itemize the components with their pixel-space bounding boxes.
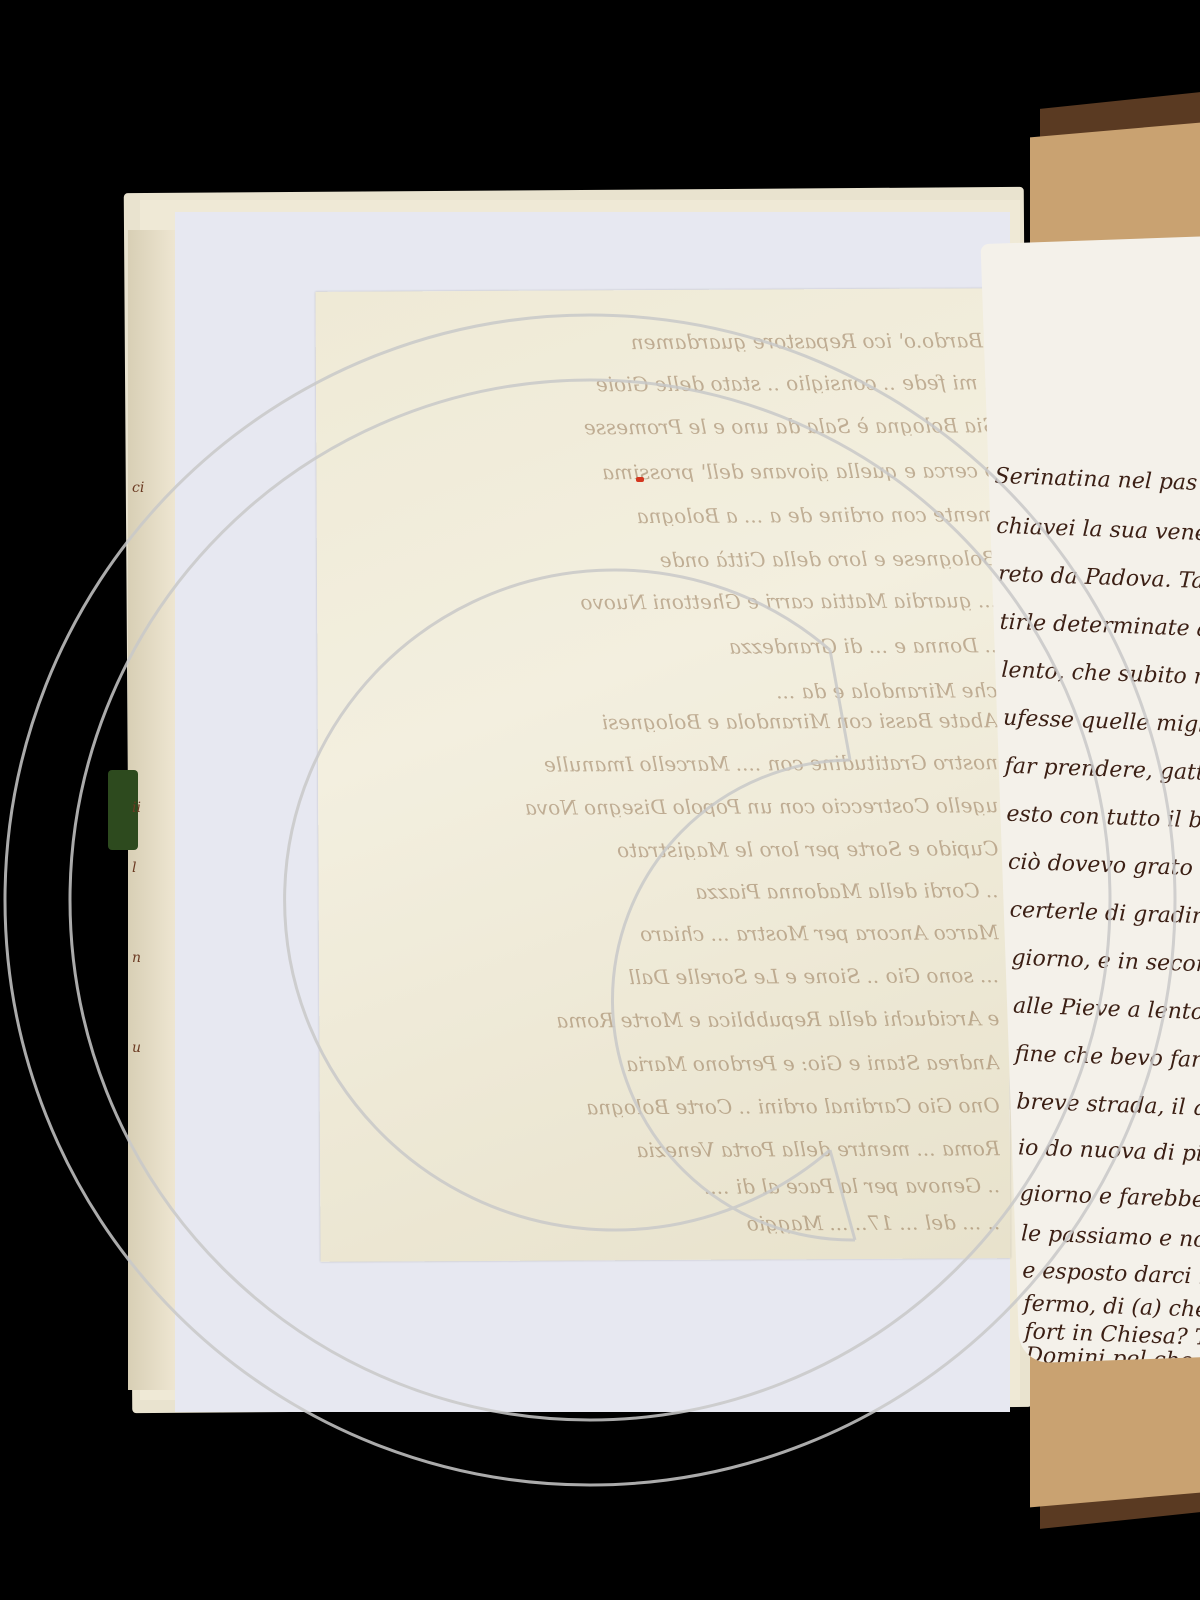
red-ink-mark bbox=[636, 477, 644, 482]
leaf-line: o cerca e quella giovane dell' prossima bbox=[326, 458, 996, 484]
page-line: e esposto darci nuova bbox=[1022, 1258, 1200, 1291]
leaf-line: .. ... del ... 17.. ... Maggio bbox=[330, 1210, 1000, 1236]
page-line: tirle determinate a bbox=[999, 610, 1200, 642]
margin-note: l bbox=[132, 860, 136, 876]
page-line: fine che bevo fare, fer bbox=[1014, 1041, 1200, 1075]
page-line: far prendere, gattingo bbox=[1004, 754, 1200, 788]
leaf-line: Marco Ancora per Mostra ... chiaro bbox=[329, 920, 999, 946]
page-line: chiavei la sua vene bbox=[996, 514, 1200, 546]
page-line: le passiamo e non pe bbox=[1021, 1221, 1200, 1254]
leaf-line: Bolognese e loro della Città onde bbox=[327, 546, 997, 572]
margin-note: u bbox=[132, 1040, 141, 1056]
leaf-line: Andrea Stani e Gio: e Perdono Maria bbox=[329, 1050, 999, 1076]
leaf-line: Ono Gio Cardinal ordini .. Corte Bologna bbox=[330, 1093, 1000, 1119]
page-line: Serinatina nel pas bbox=[994, 464, 1198, 496]
leaf-line: Sia Bologna è Sala da uno e le Promesse bbox=[326, 413, 996, 439]
bound-letter-page: Serinatina nel pas chiavei la sua vene r… bbox=[981, 237, 1200, 1364]
page-line: giorno e farebbe una v bbox=[1019, 1181, 1200, 1215]
page-line: giorno, e in secondo luo bbox=[1011, 946, 1200, 980]
page-line: reto da Padova. Tan bbox=[998, 562, 1200, 595]
manuscript-leaf: ..Bardo.o' ico Repastore guardamen a mi … bbox=[315, 288, 1010, 1262]
page-line: io do nuova di più de bbox=[1018, 1135, 1200, 1168]
page-line: ufesse quelle migliori bbox=[1003, 706, 1200, 739]
left-margin-notes: ci ii l n u bbox=[132, 480, 162, 1080]
leaf-line: che Mirandola e da ... bbox=[328, 678, 998, 704]
page-line: breve strada, il qto bbox=[1016, 1089, 1200, 1121]
page-line: certerle di gradimento bbox=[1009, 898, 1200, 932]
page-line: alle Pieve a lento, ciò bbox=[1013, 994, 1200, 1027]
page-line: ciò dovevo grato per bbox=[1008, 850, 1200, 883]
leaf-line: .. Genova per la Pace al di .... bbox=[330, 1173, 1000, 1199]
margin-note: ci bbox=[132, 480, 144, 496]
page-line: esto con tutto il buon bbox=[1006, 802, 1200, 835]
leaf-line: e Arciduchi della Repubblica e Morte Rom… bbox=[329, 1006, 999, 1032]
leaf-line: .. Donna e ... di Grandezza bbox=[327, 633, 997, 659]
leaf-line: Cupido e Sorte per loro le Magistrato bbox=[328, 836, 998, 862]
leaf-line: nostro Gratitudine con .... Marcello Ima… bbox=[328, 750, 998, 776]
leaf-line: .. Cordi della Madonna Piazza bbox=[329, 878, 999, 904]
margin-note: n bbox=[132, 950, 141, 966]
leaf-line: ... sono Gio .. Sione e Le Sorelle Dall bbox=[329, 963, 999, 989]
leaf-line: ..Bardo.o' ico Repastore guardamen bbox=[326, 328, 996, 354]
leaf-line: Abate Bassi con Mirandola e Bolognesi bbox=[328, 708, 998, 734]
leaf-line: a mi fede .. consiglio .. stato delle Gi… bbox=[326, 370, 996, 396]
margin-note: ii bbox=[132, 800, 141, 816]
leaf-line: ... guardia Mattia carri e Ghettoni Nuov… bbox=[327, 588, 997, 614]
leaf-line: Roma ... mentre della Porta Venezia bbox=[330, 1136, 1000, 1162]
page-line: lento, che subito ne bbox=[1001, 658, 1200, 691]
leaf-line: ugello Costreccio con un Popolo Disegno … bbox=[328, 793, 998, 819]
leaf-line: mente con ordine de a ... a Bologna bbox=[327, 502, 997, 528]
